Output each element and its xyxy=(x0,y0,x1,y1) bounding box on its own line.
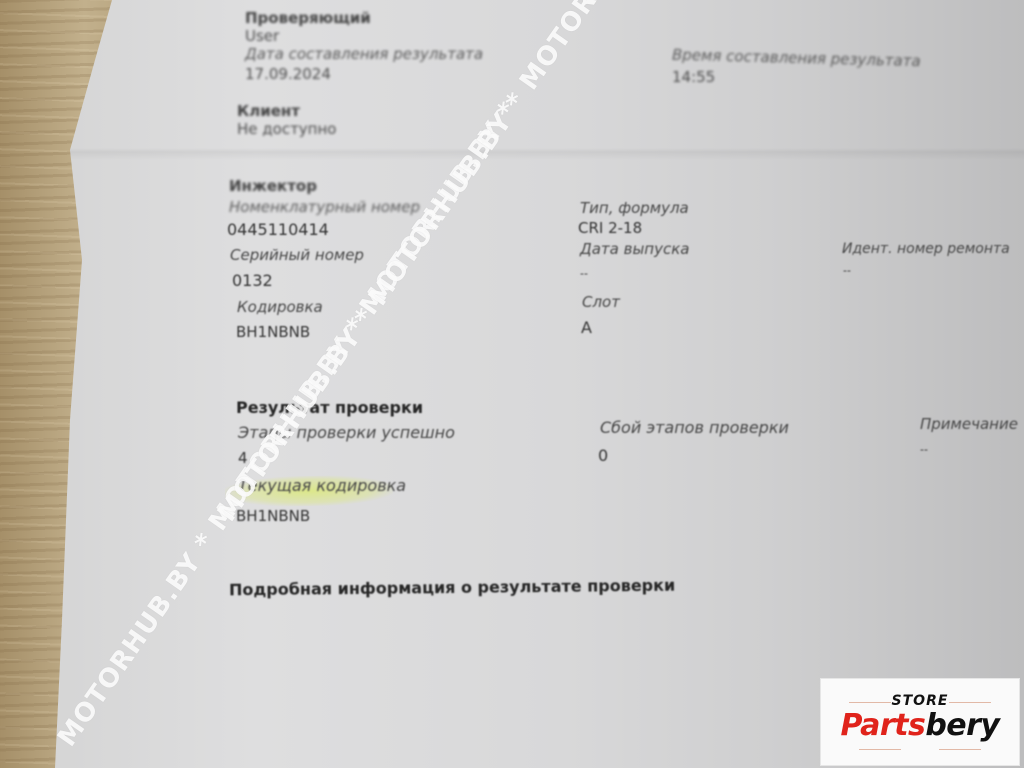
release-date-value: -- xyxy=(580,266,588,282)
part-number-label: Номенклатурный номер xyxy=(229,199,420,215)
logo-rule xyxy=(939,749,981,750)
inspector-value: User xyxy=(245,28,279,44)
details-title: Подробная информация о результате провер… xyxy=(229,578,675,599)
release-date-label: Дата выпуска xyxy=(580,241,689,257)
partsbery-store-logo: STORE Partsbery xyxy=(820,678,1020,766)
result-title: Результат проверки xyxy=(236,400,423,416)
repair-id-value: -- xyxy=(843,263,851,279)
steps-failed-label: Сбой этапов проверки xyxy=(600,420,789,436)
date-label: Дата составления результата xyxy=(245,46,483,62)
client-title: Клиент xyxy=(237,103,300,119)
slot-label: Слот xyxy=(582,294,620,310)
logo-rule xyxy=(859,749,901,750)
logo-brand: Partsbery xyxy=(821,709,1019,743)
serial-number-value: 0132 xyxy=(232,273,273,289)
note-label: Примечание xyxy=(920,416,1018,432)
date-value: 17.09.2024 xyxy=(245,66,331,82)
steps-failed-value: 0 xyxy=(598,448,608,464)
type-formula-label: Тип, формула xyxy=(580,200,689,216)
coding-value: BH1NBNB xyxy=(236,324,310,340)
type-formula-value: CRI 2-18 xyxy=(578,220,642,236)
injector-title: Инжектор xyxy=(229,178,317,194)
part-number-value: 0445110414 xyxy=(227,222,329,238)
time-value: 14:55 xyxy=(672,69,715,85)
slot-value: A xyxy=(581,320,592,336)
serial-number-label: Серийный номер xyxy=(230,247,364,263)
coding-label: Кодировка xyxy=(237,299,323,315)
logo-store-text: STORE xyxy=(821,693,1019,709)
repair-id-label: Идент. номер ремонта xyxy=(842,241,1010,257)
inspector-label: Проверяющий xyxy=(245,10,371,26)
time-label: Время составления результата xyxy=(672,47,921,70)
client-value: Не доступно xyxy=(237,121,336,137)
note-value: -- xyxy=(920,442,928,458)
